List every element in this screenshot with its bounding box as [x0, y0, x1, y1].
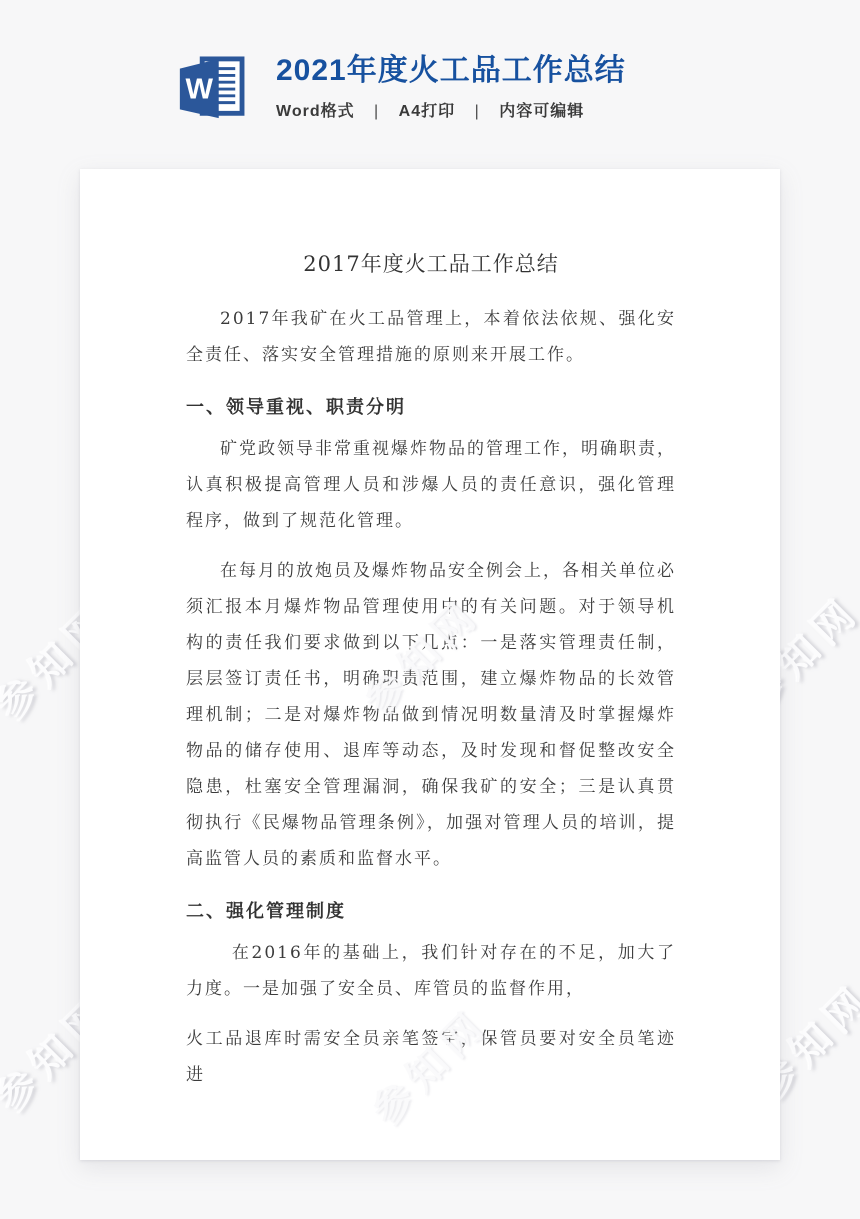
word-icon-letter: W: [186, 74, 214, 106]
page-title: 2021年度火工品工作总结: [276, 54, 626, 88]
header-text: 2021年度火工品工作总结 Word格式 | A4打印 | 内容可编辑: [276, 54, 626, 121]
word-icon: W: [172, 56, 246, 124]
section-heading-2: 二、强化管理制度: [186, 899, 676, 923]
document-title: 2017年度火工品工作总结: [186, 249, 676, 279]
meta-editable: 内容可编辑: [499, 103, 584, 120]
header: W 2021年度火工品工作总结 Word格式 | A4打印 | 内容可编辑: [172, 54, 626, 124]
meta-separator: |: [475, 103, 480, 120]
document-paragraph: 在每月的放炮员及爆炸物品安全例会上，各相关单位必须汇报本月爆炸物品管理使用中的有…: [186, 553, 676, 877]
document-paragraph: 矿党政领导非常重视爆炸物品的管理工作，明确职责，认真积极提高管理人员和涉爆人员的…: [186, 431, 676, 539]
meta-separator: |: [374, 103, 379, 120]
document-paragraph: 2017年我矿在火工品管理上，本着依法依规、强化安全责任、落实安全管理措施的原则…: [186, 301, 676, 373]
section-heading-1: 一、领导重视、职责分明: [186, 395, 676, 419]
document-paragraph: 火工品退库时需安全员亲笔签字，保管员要对安全员笔迹进: [186, 1021, 676, 1093]
page-background: 参知网 参知网 参知网 参知网 W 2021年度火工品工作总结 Word格式 |: [0, 0, 860, 1219]
document-page: 2017年度火工品工作总结 2017年我矿在火工品管理上，本着依法依规、强化安全…: [80, 169, 780, 1160]
meta-word-format: Word格式: [276, 103, 355, 120]
format-meta: Word格式 | A4打印 | 内容可编辑: [276, 98, 626, 121]
meta-a4-print: A4打印: [399, 103, 455, 120]
document-paragraph: 在2016年的基础上，我们针对存在的不足，加大了力度。一是加强了安全员、库管员的…: [186, 935, 676, 1007]
